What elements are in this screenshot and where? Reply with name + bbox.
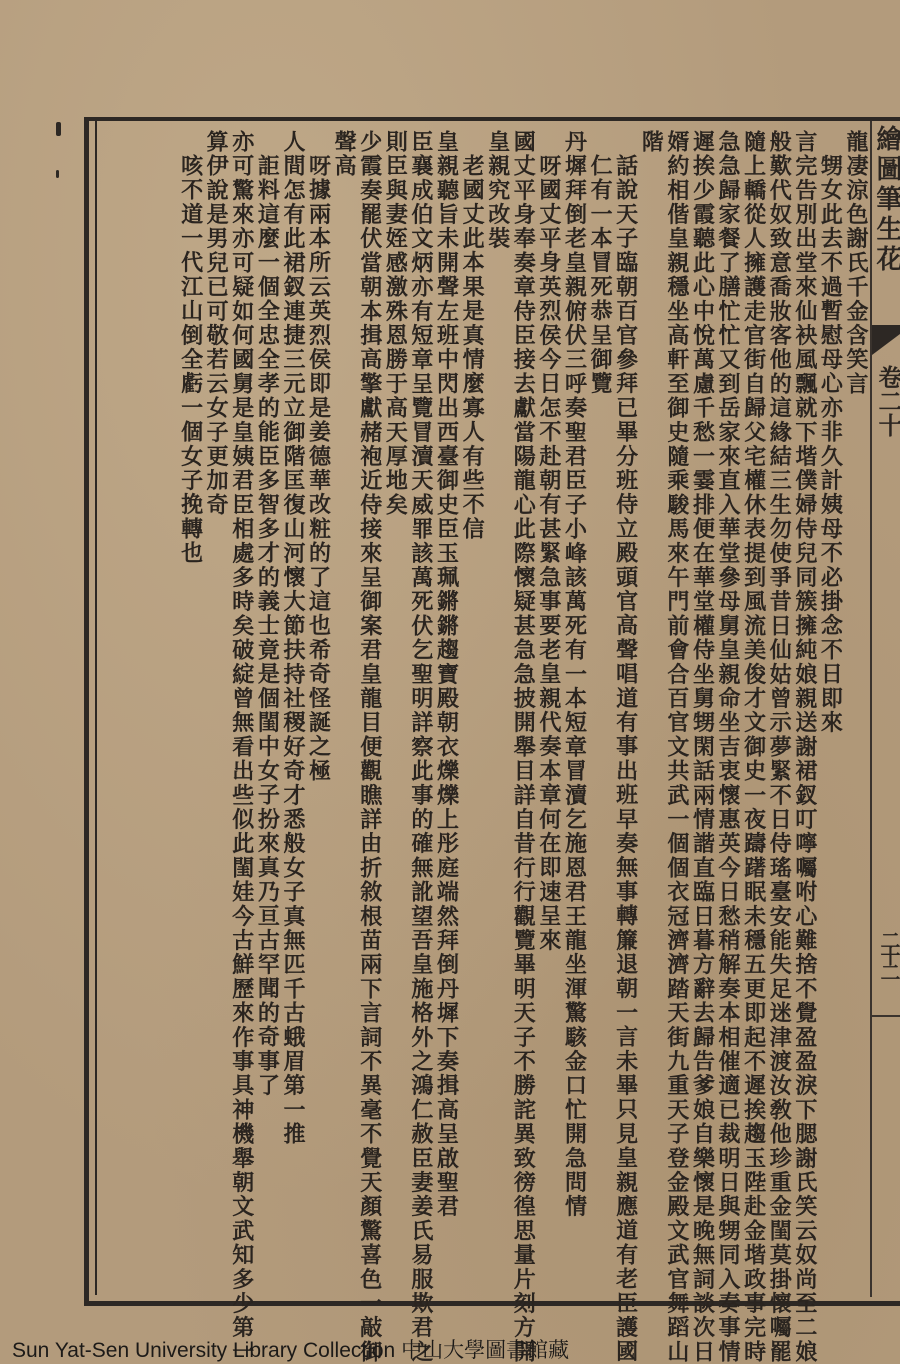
text-column: 則臣與妻姪感激殊恩勝于高天厚地矣 bbox=[382, 124, 408, 1298]
inner-border-line bbox=[95, 121, 97, 1295]
binding-hole-mark bbox=[56, 122, 61, 136]
margin-divider-line bbox=[870, 121, 872, 1297]
text-column: 皇親究改裝 bbox=[484, 124, 510, 1298]
text-column: 階 bbox=[638, 124, 664, 1298]
volume-label: 卷二十 bbox=[876, 365, 900, 437]
text-column: 隨上轎從人擁護走官街自歸父宅權休表提到風流美俊才文御史一夜躊躇眠未穩五更即起不遲… bbox=[740, 124, 766, 1298]
text-column: 咳不道一代江山倒全虧一個女子挽轉也 bbox=[177, 124, 203, 1322]
main-text-body: 龍凄涼色謝氏千金含笑言 甥女此去不過暫慰母心亦非久計姨母不必掛念不日即來 言完告… bbox=[100, 124, 868, 1292]
text-column: 呀據兩本所云英烈侯即是姜德華改粧的了這也希奇怪誕之極 bbox=[305, 124, 331, 1322]
margin-rule bbox=[872, 1015, 900, 1017]
binding-hole-mark bbox=[56, 170, 59, 178]
text-column: 呀國丈平身英烈侯今日怎不赴朝有甚緊急事要老皇親代奏本章何在即速呈來 bbox=[535, 124, 561, 1322]
text-column: 仁有一本冒死恭呈御覽 bbox=[586, 124, 612, 1322]
text-column: 詎料這麼一個全忠全孝的能臣多智多才的義士竟是個閨中女子扮來真乃亘古罕聞的奇事了 bbox=[254, 124, 280, 1322]
text-column: 聲高 bbox=[331, 124, 357, 1298]
text-column: 言完告別出堂來仙袂風飄就下堦僕婦侍兒同簇擁純娘親送謝裙釵叮嚀囑咐心難捨不覺盈盈淚… bbox=[791, 124, 817, 1298]
text-column: 亦可驚來亦可疑如何國舅是皇姨君臣相處多時矣破綻曾無看出些似此閨娃今古鮮歷來作事具… bbox=[228, 124, 254, 1298]
text-column: 人間怎有此裙釵連捷三元立御階匡復山河懷大節扶持社稷好奇才悉般女子真無匹千古蛾眉第… bbox=[279, 124, 305, 1298]
text-column: 少霞奏罷伏當朝本揖高擎獻赭袍近侍接來呈御案君皇龍目便觀瞧詳由折敘根苗兩下言詞不異… bbox=[356, 124, 382, 1298]
text-column: 般歎代奴致意喬妝客他的這緣結三生勿使爭昔日仙姑曾示夢緊不日侍瑤臺安能失足迷津渡汝… bbox=[766, 124, 792, 1298]
book-title-margin: 繪圖筆生花 bbox=[874, 125, 900, 275]
text-column: 龍凄涼色謝氏千金含笑言 bbox=[842, 124, 868, 1298]
text-column: 急急歸家餐了膳忙忙又到岳家來直入華堂參母舅皇親命坐吉衷懷惠英今日愁稍解奏本相催適… bbox=[714, 124, 740, 1298]
library-credit: Sun Yat-Sen University Library Collectio… bbox=[12, 1334, 569, 1364]
text-column: 遲挨少霞聽此心中悅萬慮千愁一霎排便在華堂權侍坐舅甥閑話兩情諧直臨日暮方辭去歸告爹… bbox=[689, 124, 715, 1298]
text-column: 國丈平身奉奏章侍臣接去獻當陽龍心此際懷疑甚急急披開舉目詳自昔行行觀覽畢明天子不勝… bbox=[510, 124, 536, 1298]
text-column: 算伊說是男兒已可敬若云女子更加奇 bbox=[203, 124, 229, 1298]
text-column: 甥女此去不過暫慰母心亦非久計姨母不必掛念不日即來 bbox=[817, 124, 843, 1322]
text-column: 皇親聽旨未開聲左班中閃出西臺御史臣玉珮鏘鏘趨寶殿朝衣爍爍上彤庭端然拜倒丹墀下奏揖… bbox=[433, 124, 459, 1298]
text-column: 臣襄成伯文炳亦有短章呈覽冒瀆天威罪該萬死伏乞聖明詳察此事的確無訛望吾皇施格外之鴻… bbox=[407, 124, 433, 1298]
text-column: 丹墀拜倒老皇親俯伏三呼奏聖君臣子小峰該萬死有一本短章冒瀆乞施恩君王龍坐渾驚駭金口… bbox=[561, 124, 587, 1298]
text-column: 老國丈此本果是真情麼寡人有些不信 bbox=[459, 124, 485, 1322]
page-number: 二十二 bbox=[874, 930, 900, 978]
text-column: 話說天子臨朝百官參拜已畢分班侍立殿頭官高聲唱道有事出班早奏無事轉簾退朝一言未畢只… bbox=[612, 124, 638, 1322]
text-column: 婿約相偕皇親穩坐高軒至御史隨乘駿馬來午門前會合百官文共武一個個衣冠濟濟踏天街九重… bbox=[663, 124, 689, 1298]
